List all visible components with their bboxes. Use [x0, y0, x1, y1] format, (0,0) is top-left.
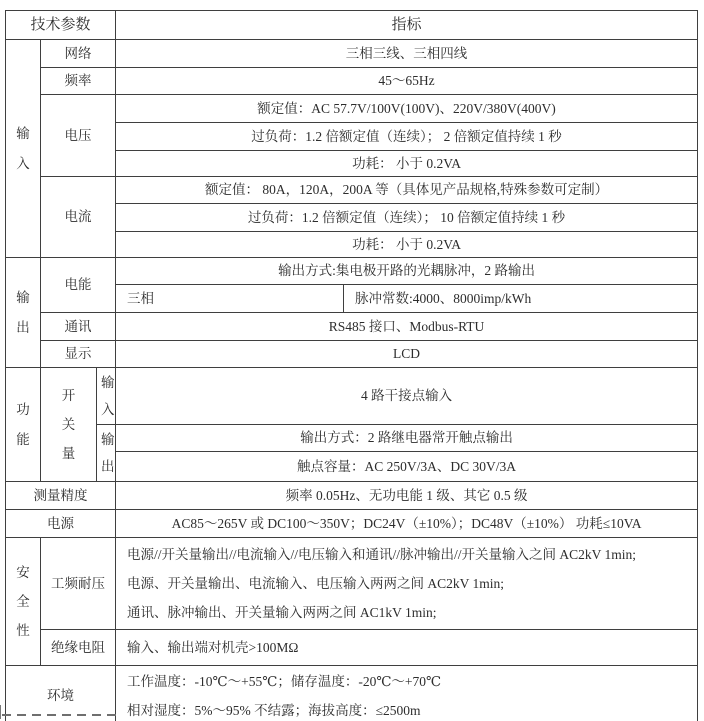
accuracy-value: 频率 0.05Hz、无功电能 1 级、其它 0.5 级	[116, 482, 698, 510]
row-frequency-value: 45～65Hz	[116, 68, 698, 95]
group-function-label: 功能	[16, 395, 30, 453]
row-power-label: 电源	[6, 510, 116, 538]
row-network-value: 三相三线、三相四线	[116, 40, 698, 68]
insulation-value: 输入、输出端对机壳>100MΩ	[116, 630, 698, 666]
environment-value: 工作温度：-10℃～+55℃；储存温度：-20℃～+70℃ 相对湿度：5%～95…	[116, 666, 698, 721]
row-environment-label: 环境	[6, 666, 116, 721]
header-value-col: 指标	[116, 11, 698, 40]
switch-in-label: 输入	[97, 368, 116, 425]
comm-value: RS485 接口、Modbus-RTU	[116, 313, 698, 341]
withstand-line-1: 电源//开关量输出//电流输入//电压输入和通讯//脉冲输出//开关量输入之间 …	[127, 540, 693, 569]
group-safety-label: 安全性	[16, 558, 30, 645]
row-frequency-label: 频率	[41, 68, 116, 95]
group-input: 输入	[6, 40, 41, 258]
group-output: 输出	[6, 258, 41, 368]
current-rated-value: 额定值： 80A，120A，200A 等（具体见产品规格,特殊参数可定制）	[116, 177, 698, 204]
environment-line-2: 相对湿度：5%～95% 不结露；海拔高度：≤2500m	[127, 696, 693, 721]
display-value: LCD	[116, 341, 698, 368]
switch-out-mode-value: 输出方式：2 路继电器常开触点输出	[116, 425, 698, 452]
current-consumption-value: 功耗： 小于 0.2VA	[116, 232, 698, 258]
switch-out-label: 输出	[97, 425, 116, 482]
power-value: AC85～265V 或 DC100～350V；DC24V（±10%）；DC48V…	[116, 510, 698, 538]
switch-label-text: 开关量	[62, 381, 76, 468]
group-input-label: 输入	[16, 119, 30, 177]
row-accuracy-label: 测量精度	[6, 482, 116, 510]
row-current-label: 电流	[41, 177, 116, 258]
energy-mode-value: 输出方式:集电极开路的光耦脉冲，2 路输出	[116, 258, 698, 285]
voltage-consumption-value: 功耗： 小于 0.2VA	[116, 151, 698, 177]
spec-table: 技术参数 指标 输入 网络 三相三线、三相四线 频率 45～65Hz 电压 额定…	[5, 10, 698, 721]
row-energy-label: 电能	[41, 258, 116, 313]
group-function: 功能	[6, 368, 41, 482]
spec-sheet: 技术参数 指标 输入 网络 三相三线、三相四线 频率 45～65Hz 电压 额定…	[0, 0, 704, 721]
row-withstand-label: 工频耐压	[41, 538, 116, 630]
energy-pulse-value: 脉冲常数:4000、8000imp/kWh	[344, 285, 698, 313]
row-switch-label: 开关量	[41, 368, 97, 482]
voltage-overload-value: 过负荷：1.2 倍额定值（连续）； 2 倍额定值持续 1 秒	[116, 123, 698, 151]
switch-out-capacity-value: 触点容量：AC 250V/3A、DC 30V/3A	[116, 451, 698, 481]
row-network-label: 网络	[41, 40, 116, 68]
current-overload-value: 过负荷：1.2 倍额定值（连续）； 10 倍额定值持续 1 秒	[116, 204, 698, 232]
withstand-value: 电源//开关量输出//电流输入//电压输入和通讯//脉冲输出//开关量输入之间 …	[116, 538, 698, 630]
row-insulation-label: 绝缘电阻	[41, 630, 116, 666]
row-voltage-label: 电压	[41, 95, 116, 177]
switch-in-value: 4 路干接点输入	[116, 368, 698, 425]
voltage-rated-value: 额定值：AC 57.7V/100V(100V)、220V/380V(400V)	[116, 95, 698, 123]
energy-phase-value: 三相	[116, 285, 344, 313]
row-comm-label: 通讯	[41, 313, 116, 341]
cutoff-dashed-artifact	[2, 714, 118, 716]
row-display-label: 显示	[41, 341, 116, 368]
withstand-line-2: 电源、开关量输出、电流输入、电压输入两两之间 AC2kV 1min;	[127, 569, 693, 598]
switch-in-label-text: 输入	[101, 369, 115, 423]
group-safety: 安全性	[6, 538, 41, 666]
header-param-col: 技术参数	[6, 11, 116, 40]
group-output-label: 输出	[16, 283, 30, 341]
withstand-line-3: 通讯、脉冲输出、开关量输入两两之间 AC1kV 1min;	[127, 598, 693, 627]
cutoff-left-tick	[0, 705, 1, 719]
environment-line-1: 工作温度：-10℃～+55℃；储存温度：-20℃～+70℃	[127, 667, 693, 696]
switch-out-label-text: 输出	[101, 426, 115, 480]
